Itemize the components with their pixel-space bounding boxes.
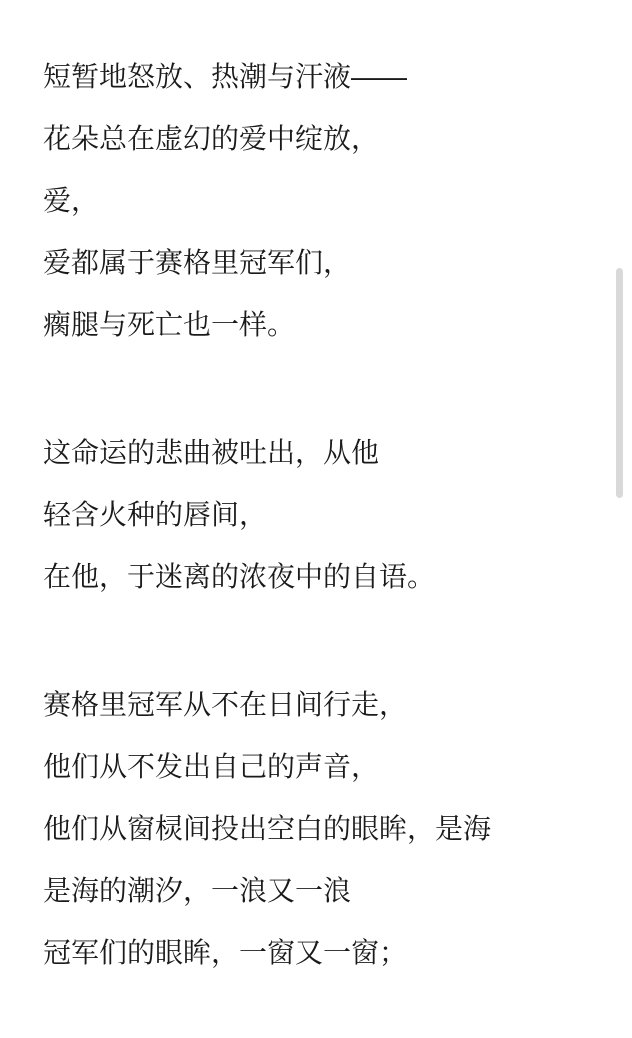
poem-line: 在他，于迷离的浓夜中的自语。 xyxy=(43,546,596,608)
poem-line: 爱， xyxy=(43,170,596,232)
poem-line: 这命运的悲曲被吐出，从他 xyxy=(43,422,596,484)
poem-line: 是海的潮汐，一浪又一浪 xyxy=(43,860,596,922)
poem-line: 赛格里冠军从不在日间行走， xyxy=(43,674,596,736)
poem-stanza: 短暂地怒放、热潮与汗液——花朵总在虚幻的爱中绽放，爱，爱都属于赛格里冠军们，瘸腿… xyxy=(43,46,596,356)
poem-line: 爱都属于赛格里冠军们， xyxy=(43,232,596,294)
poem-line: 他们从不发出自己的声音， xyxy=(43,736,596,798)
vertical-scrollbar-thumb[interactable] xyxy=(616,268,623,498)
poem-stanza: 这命运的悲曲被吐出，从他轻含火种的唇间，在他，于迷离的浓夜中的自语。 xyxy=(43,422,596,608)
poem-stanza: 赛格里冠军从不在日间行走，他们从不发出自己的声音，他们从窗棂间投出空白的眼眸，是… xyxy=(43,674,596,984)
poem-text-page: 短暂地怒放、热潮与汗液——花朵总在虚幻的爱中绽放，爱，爱都属于赛格里冠军们，瘸腿… xyxy=(0,0,632,1038)
poem-line: 他们从窗棂间投出空白的眼眸，是海 xyxy=(43,798,596,860)
poem-line: 瘸腿与死亡也一样。 xyxy=(43,294,596,356)
poem-line: 短暂地怒放、热潮与汗液—— xyxy=(43,46,596,108)
poem-line: 冠军们的眼眸，一窗又一窗； xyxy=(43,922,596,984)
poem-line: 轻含火种的唇间， xyxy=(43,484,596,546)
poem-line: 花朵总在虚幻的爱中绽放， xyxy=(43,108,596,170)
